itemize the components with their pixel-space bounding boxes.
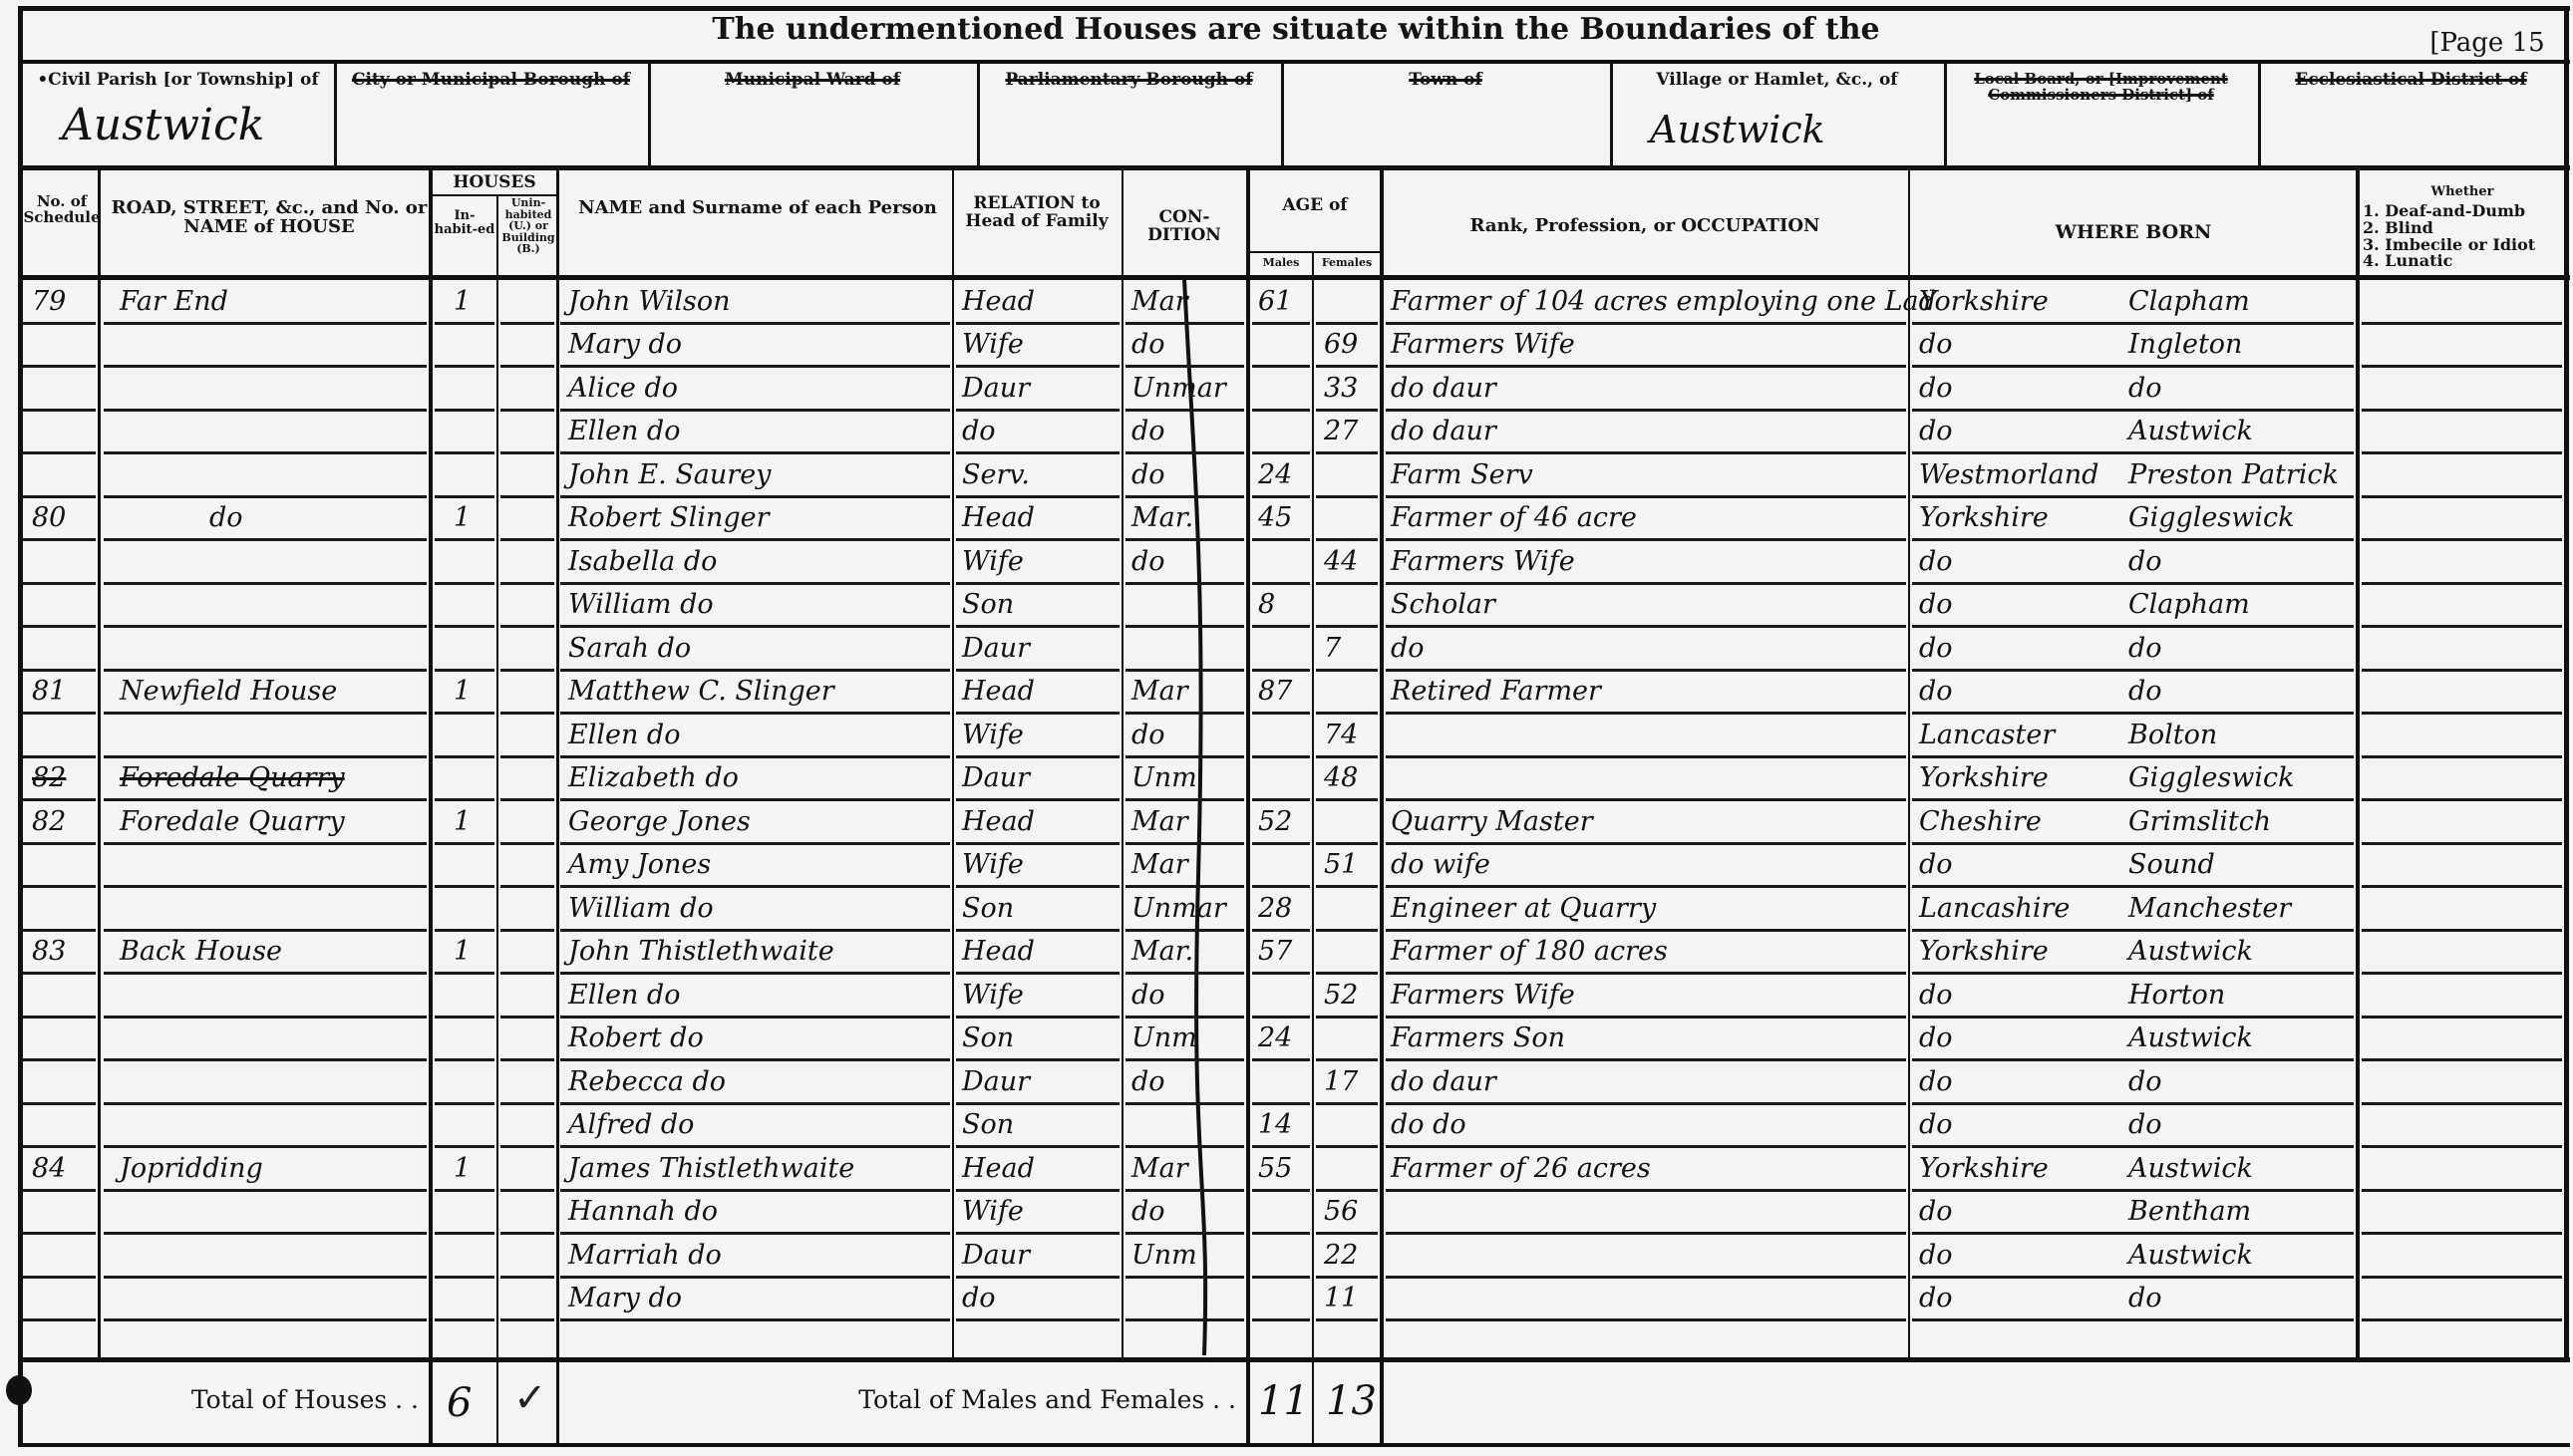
person-name: Alice do: [568, 373, 678, 404]
row-rule: [500, 365, 554, 368]
divider: [1249, 251, 1381, 253]
row-rule: [1386, 1189, 1906, 1192]
male-age: 28: [1258, 893, 1292, 924]
row-rule: [560, 842, 950, 845]
row-rule: [1126, 409, 1244, 412]
row-rule: [956, 755, 1120, 758]
inhabited-count: 1: [454, 286, 471, 317]
female-age: 22: [1324, 1240, 1358, 1271]
row-rule: [500, 712, 554, 715]
row-rule: [956, 1318, 1120, 1321]
relation: Head: [962, 502, 1035, 533]
relation: Daur: [962, 762, 1030, 793]
row-rule: [500, 1058, 554, 1061]
row-rule: [1252, 972, 1310, 975]
row-rule: [435, 322, 494, 325]
row-rule: [1316, 1318, 1378, 1321]
occupation: Farmers Wife: [1391, 546, 1575, 577]
row-rule: [500, 322, 554, 325]
row-rule: [2362, 1102, 2562, 1105]
row-rule: [22, 1318, 96, 1321]
person-name: Alfred do: [568, 1109, 694, 1140]
row-rule: [1126, 451, 1244, 454]
row-rule: [1126, 885, 1244, 888]
row-rule: [1252, 929, 1310, 932]
row-rule: [104, 972, 427, 975]
row-rule: [22, 1058, 96, 1061]
born-place: Giggleswick: [2128, 762, 2294, 793]
infirmity-option: 4. Lunatic: [2363, 253, 2562, 270]
born-place: do: [2128, 676, 2162, 707]
row-rule: [2362, 1058, 2562, 1061]
female-age: 52: [1324, 980, 1358, 1011]
col-rule: [2258, 62, 2261, 167]
inhabited-count: 1: [454, 936, 471, 967]
row-rule: [560, 538, 950, 541]
male-age: 24: [1258, 1022, 1292, 1053]
row-rule: [2362, 798, 2562, 801]
divider: [18, 60, 2570, 64]
row-rule: [1252, 1276, 1310, 1279]
row-rule: [1316, 972, 1378, 975]
condition: do: [1131, 980, 1165, 1011]
row-rule: [560, 669, 950, 672]
col-rule: [952, 167, 954, 1358]
row-rule: [1316, 712, 1378, 715]
row-rule: [104, 1318, 427, 1321]
row-rule: [500, 885, 554, 888]
row-rule: [1386, 495, 1906, 498]
row-rule: [1316, 1276, 1378, 1279]
relation: Wife: [962, 849, 1024, 880]
col-schedule: No. of Schedule: [22, 194, 102, 226]
row-rule: [22, 1102, 96, 1105]
row-rule: [435, 885, 494, 888]
schedule-number: 80: [32, 502, 66, 533]
boundary-label: Local Board, or [Improvement Commissione…: [1950, 72, 2252, 104]
row-rule: [1912, 1232, 2354, 1235]
boundary-label: Municipal Ward of: [654, 72, 971, 90]
row-rule: [1386, 409, 1906, 412]
row-rule: [1126, 1058, 1244, 1061]
occupation: Farmer of 46 acre: [1391, 502, 1637, 533]
row-rule: [1386, 582, 1906, 585]
female-age: 69: [1324, 329, 1358, 360]
condition: do: [1131, 546, 1165, 577]
occupation: do daur: [1391, 1066, 1496, 1097]
boundary-label: Town of: [1287, 72, 1604, 90]
born-place: Bentham: [2128, 1196, 2251, 1227]
schedule-number: 84: [32, 1153, 66, 1184]
col-age: AGE of: [1249, 197, 1381, 215]
occupation: Farmers Wife: [1391, 980, 1575, 1011]
row-rule: [956, 582, 1120, 585]
person-name: Matthew C. Slinger: [568, 676, 834, 707]
schedule-number: 81: [32, 676, 66, 707]
born-place: Horton: [2128, 980, 2225, 1011]
col-occupation: Rank, Profession, or OCCUPATION: [1386, 217, 1904, 236]
occupation: Retired Farmer: [1391, 676, 1601, 707]
row-rule: [1386, 669, 1906, 672]
female-age: 44: [1324, 546, 1358, 577]
row-rule: [500, 1145, 554, 1148]
row-rule: [1912, 755, 2354, 758]
row-rule: [2362, 625, 2562, 628]
row-rule: [22, 842, 96, 845]
row-rule: [1126, 755, 1244, 758]
row-rule: [104, 669, 427, 672]
col-rule: [2356, 167, 2360, 1358]
divider: [18, 275, 2570, 280]
row-rule: [1316, 1058, 1378, 1061]
row-rule: [1912, 798, 2354, 801]
schedule-number: 82: [32, 762, 66, 793]
born-place: do: [2128, 373, 2162, 404]
born-county: do: [1919, 980, 1953, 1011]
col-rule: [429, 167, 433, 1443]
row-rule: [1912, 1058, 2354, 1061]
col-rule: [1944, 62, 1947, 167]
male-age: 24: [1258, 459, 1292, 490]
person-name: Ellen do: [568, 720, 680, 750]
row-rule: [560, 1058, 950, 1061]
row-rule: [22, 1232, 96, 1235]
row-rule: [560, 1318, 950, 1321]
row-rule: [22, 755, 96, 758]
row-rule: [1252, 365, 1310, 368]
inhabited-count: 1: [454, 1153, 471, 1184]
col-rule: [1610, 62, 1613, 167]
row-rule: [2362, 669, 2562, 672]
row-rule: [22, 1145, 96, 1148]
condition: Mar.: [1131, 502, 1193, 533]
condition: Unm: [1131, 762, 1197, 793]
female-age: 74: [1324, 720, 1358, 750]
divider: [18, 165, 2570, 170]
occupation: Engineer at Quarry: [1391, 893, 1656, 924]
inhabited-count: 1: [454, 806, 471, 837]
row-rule: [500, 798, 554, 801]
house-name: Jopridding: [120, 1153, 263, 1184]
row-rule: [435, 755, 494, 758]
row-rule: [1386, 365, 1906, 368]
row-rule: [560, 582, 950, 585]
person-name: Sarah do: [568, 633, 691, 664]
row-rule: [560, 495, 950, 498]
row-rule: [1316, 1016, 1378, 1019]
row-rule: [104, 451, 427, 454]
row-rule: [22, 1189, 96, 1192]
born-county: do: [1919, 849, 1953, 880]
row-rule: [1386, 1016, 1906, 1019]
born-county: do: [1919, 1022, 1953, 1053]
row-rule: [435, 1102, 494, 1105]
row-rule: [435, 582, 494, 585]
row-rule: [2362, 885, 2562, 888]
male-age: 52: [1258, 806, 1292, 837]
row-rule: [435, 929, 494, 932]
row-rule: [2362, 1276, 2562, 1279]
row-rule: [500, 409, 554, 412]
row-rule: [1386, 885, 1906, 888]
row-rule: [22, 1016, 96, 1019]
row-rule: [104, 625, 427, 628]
relation: Wife: [962, 329, 1024, 360]
col-uninhabited: Unin-habited (U.) or Building (B.): [498, 197, 558, 255]
male-age: 8: [1258, 589, 1275, 620]
relation: Daur: [962, 633, 1030, 664]
relation: Head: [962, 1153, 1035, 1184]
row-rule: [435, 712, 494, 715]
total-males: 11: [1258, 1378, 1309, 1424]
row-rule: [22, 409, 96, 412]
row-rule: [1316, 669, 1378, 672]
row-rule: [2362, 322, 2562, 325]
row-rule: [104, 1058, 427, 1061]
born-place: do: [2128, 1283, 2162, 1313]
born-county: do: [1919, 329, 1953, 360]
born-place: Ingleton: [2128, 329, 2242, 360]
col-condition: CON-DITION: [1125, 209, 1244, 245]
schedule-number: 83: [32, 936, 66, 967]
condition: Mar: [1131, 849, 1188, 880]
row-rule: [956, 1189, 1120, 1192]
relation: Daur: [962, 373, 1030, 404]
col-rule: [1246, 167, 1250, 1443]
person-name: Amy Jones: [568, 849, 711, 880]
check-mark-icon: ✓: [513, 1375, 547, 1421]
row-rule: [500, 842, 554, 845]
row-rule: [1386, 451, 1906, 454]
row-rule: [1912, 1276, 2354, 1279]
born-county: Yorkshire: [1919, 502, 2049, 533]
row-rule: [22, 625, 96, 628]
boundary-value: Austwick: [62, 100, 264, 150]
person-name: John Wilson: [568, 286, 731, 317]
male-age: 87: [1258, 676, 1292, 707]
row-rule: [1252, 712, 1310, 715]
row-rule: [560, 1232, 950, 1235]
row-rule: [1386, 972, 1906, 975]
born-county: do: [1919, 373, 1953, 404]
row-rule: [1912, 842, 2354, 845]
row-rule: [2362, 929, 2562, 932]
female-age: 48: [1324, 762, 1358, 793]
row-rule: [1126, 842, 1244, 845]
row-rule: [22, 669, 96, 672]
row-rule: [560, 322, 950, 325]
row-rule: [104, 755, 427, 758]
row-rule: [500, 1189, 554, 1192]
row-rule: [1912, 625, 2354, 628]
row-rule: [1252, 885, 1310, 888]
row-rule: [1912, 582, 2354, 585]
row-rule: [560, 1102, 950, 1105]
row-rule: [956, 929, 1120, 932]
row-rule: [1316, 495, 1378, 498]
male-age: 61: [1258, 286, 1292, 317]
row-rule: [560, 798, 950, 801]
row-rule: [1252, 451, 1310, 454]
row-rule: [500, 1276, 554, 1279]
condition: Unmar: [1131, 893, 1226, 924]
row-rule: [560, 1276, 950, 1279]
occupation: Farmer of 180 acres: [1391, 936, 1668, 967]
row-rule: [1386, 538, 1906, 541]
page-number: [Page 15: [2412, 30, 2562, 57]
row-rule: [500, 1318, 554, 1321]
row-rule: [104, 842, 427, 845]
born-county: do: [1919, 1109, 1953, 1140]
male-age: 55: [1258, 1153, 1292, 1184]
row-rule: [560, 755, 950, 758]
row-rule: [2362, 712, 2562, 715]
row-rule: [1386, 1058, 1906, 1061]
row-rule: [1912, 365, 2354, 368]
col-relation: RELATION to Head of Family: [957, 195, 1117, 231]
col-rule: [1312, 251, 1314, 1443]
row-rule: [956, 538, 1120, 541]
row-rule: [1316, 409, 1378, 412]
row-rule: [435, 451, 494, 454]
occupation: do: [1391, 633, 1425, 664]
right-border: [2564, 6, 2569, 1361]
row-rule: [1126, 1189, 1244, 1192]
born-place: Austwick: [2128, 1022, 2253, 1053]
person-name: William do: [568, 589, 714, 620]
row-rule: [1912, 322, 2354, 325]
total-females: 13: [1326, 1378, 1377, 1424]
row-rule: [435, 1145, 494, 1148]
row-rule: [435, 1276, 494, 1279]
relation: Son: [962, 589, 1014, 620]
row-rule: [1252, 409, 1310, 412]
row-rule: [1316, 625, 1378, 628]
row-rule: [104, 885, 427, 888]
row-rule: [1912, 712, 2354, 715]
born-place: Austwick: [2128, 936, 2253, 967]
row-rule: [560, 712, 950, 715]
male-age: 57: [1258, 936, 1292, 967]
born-place: Bolton: [2128, 720, 2217, 750]
condition: Unm: [1131, 1240, 1197, 1271]
row-rule: [1386, 1102, 1906, 1105]
total-houses-label: Total of Houses . .: [120, 1387, 419, 1413]
person-name: Robert do: [568, 1022, 704, 1053]
row-rule: [956, 365, 1120, 368]
col-rule: [977, 62, 980, 167]
row-rule: [956, 885, 1120, 888]
row-rule: [560, 1189, 950, 1192]
occupation: do wife: [1391, 849, 1490, 880]
divider: [18, 1443, 2570, 1447]
female-age: 56: [1324, 1196, 1358, 1227]
person-name: Ellen do: [568, 980, 680, 1011]
row-rule: [1252, 1058, 1310, 1061]
female-age: 27: [1324, 416, 1358, 446]
row-rule: [1912, 495, 2354, 498]
row-rule: [2362, 1145, 2562, 1148]
row-rule: [104, 409, 427, 412]
row-rule: [1126, 1016, 1244, 1019]
col-males: Males: [1249, 257, 1313, 269]
born-county: Lancashire: [1919, 893, 2070, 924]
col-rule: [1908, 167, 1910, 1358]
born-place: Giggleswick: [2128, 502, 2294, 533]
condition: do: [1131, 1196, 1165, 1227]
occupation: Quarry Master: [1391, 806, 1593, 837]
occupation: Farmers Wife: [1391, 329, 1575, 360]
row-rule: [1252, 1318, 1310, 1321]
row-rule: [500, 625, 554, 628]
row-rule: [956, 669, 1120, 672]
row-rule: [560, 929, 950, 932]
occupation: do do: [1391, 1109, 1466, 1140]
born-county: Cheshire: [1919, 806, 2042, 837]
relation: Head: [962, 286, 1035, 317]
row-rule: [435, 798, 494, 801]
row-rule: [1386, 712, 1906, 715]
row-rule: [1386, 798, 1906, 801]
row-rule: [2362, 755, 2562, 758]
house-name: Back House: [120, 936, 282, 967]
born-place: Preston Patrick: [2128, 459, 2339, 490]
born-county: do: [1919, 589, 1953, 620]
condition: Mar: [1131, 806, 1188, 837]
row-rule: [1126, 1145, 1244, 1148]
row-rule: [104, 798, 427, 801]
row-rule: [1252, 1102, 1310, 1105]
row-rule: [1126, 538, 1244, 541]
occupation: Farmers Son: [1391, 1022, 1565, 1053]
born-place: do: [2128, 1109, 2162, 1140]
row-rule: [956, 1145, 1120, 1148]
row-rule: [1316, 582, 1378, 585]
condition: Mar.: [1131, 936, 1193, 967]
row-rule: [956, 1276, 1120, 1279]
born-county: Yorkshire: [1919, 936, 2049, 967]
row-rule: [1386, 1276, 1906, 1279]
boundary-label: City or Municipal Borough of: [340, 72, 642, 90]
row-rule: [500, 582, 554, 585]
row-rule: [1316, 798, 1378, 801]
row-rule: [22, 451, 96, 454]
relation: Head: [962, 806, 1035, 837]
house-name: Foredale Quarry: [120, 806, 345, 837]
boundary-label: Ecclesiastical District of: [2264, 72, 2558, 90]
row-rule: [1126, 1102, 1244, 1105]
row-rule: [2362, 1232, 2562, 1235]
row-rule: [22, 538, 96, 541]
row-rule: [500, 1102, 554, 1105]
row-rule: [1912, 972, 2354, 975]
born-county: Yorkshire: [1919, 762, 2049, 793]
relation: Daur: [962, 1066, 1030, 1097]
born-place: Manchester: [2128, 893, 2291, 924]
row-rule: [500, 669, 554, 672]
row-rule: [1316, 1189, 1378, 1192]
schedule-number: 79: [32, 286, 66, 317]
row-rule: [1126, 1232, 1244, 1235]
female-age: 17: [1324, 1066, 1358, 1097]
row-rule: [435, 409, 494, 412]
born-place: Grimslitch: [2128, 806, 2271, 837]
row-rule: [1316, 538, 1378, 541]
row-rule: [1316, 755, 1378, 758]
person-name: Ellen do: [568, 416, 680, 446]
born-place: Clapham: [2128, 589, 2250, 620]
row-rule: [1252, 582, 1310, 585]
